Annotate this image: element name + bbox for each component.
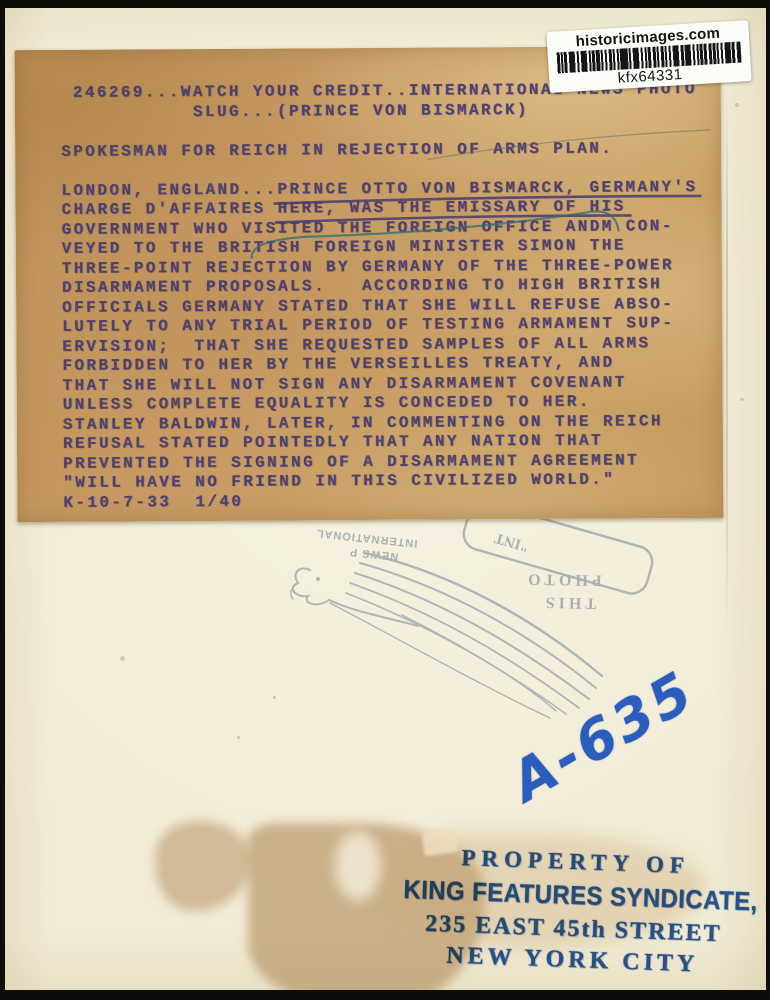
- international-news-photo-eagle-stamp: "INT INTERNATIONAL NEWS P PHOTO THIS: [150, 495, 670, 725]
- water-stain: [155, 821, 251, 911]
- pencil-curve: [427, 130, 711, 160]
- paper-speck: [237, 736, 240, 739]
- scanned-photo-back: "INT INTERNATIONAL NEWS P PHOTO THIS 246…: [0, 0, 770, 1000]
- paper-crease: [726, 90, 728, 630]
- ink-underline: [275, 215, 632, 222]
- caption-sheet: 246269...WATCH YOUR CREDIT..INTERNATIONA…: [15, 46, 724, 522]
- stamp-box-text: "INT: [493, 529, 531, 554]
- paper-speck: [735, 103, 739, 107]
- stamp-international-text: INTERNATIONAL: [315, 527, 418, 550]
- stamp-news-text: NEWS P: [348, 545, 398, 562]
- paper-speck: [740, 398, 744, 401]
- stamp-photo-word: PHOTO: [524, 570, 602, 588]
- ink-underline: [273, 196, 701, 204]
- paper-speck: [120, 656, 125, 661]
- barcode-sticker: historicimages.com kfx64331: [546, 20, 751, 93]
- photo-back-paper: "INT INTERNATIONAL NEWS P PHOTO THIS 246…: [5, 8, 766, 990]
- stamp-this-word: THIS: [542, 594, 597, 612]
- property-stamp: PROPERTY OF KING FEATURES SYNDICATE, Inc…: [386, 840, 762, 983]
- water-stain-highlight: [335, 831, 381, 901]
- pen-annotation-marks: [15, 46, 724, 522]
